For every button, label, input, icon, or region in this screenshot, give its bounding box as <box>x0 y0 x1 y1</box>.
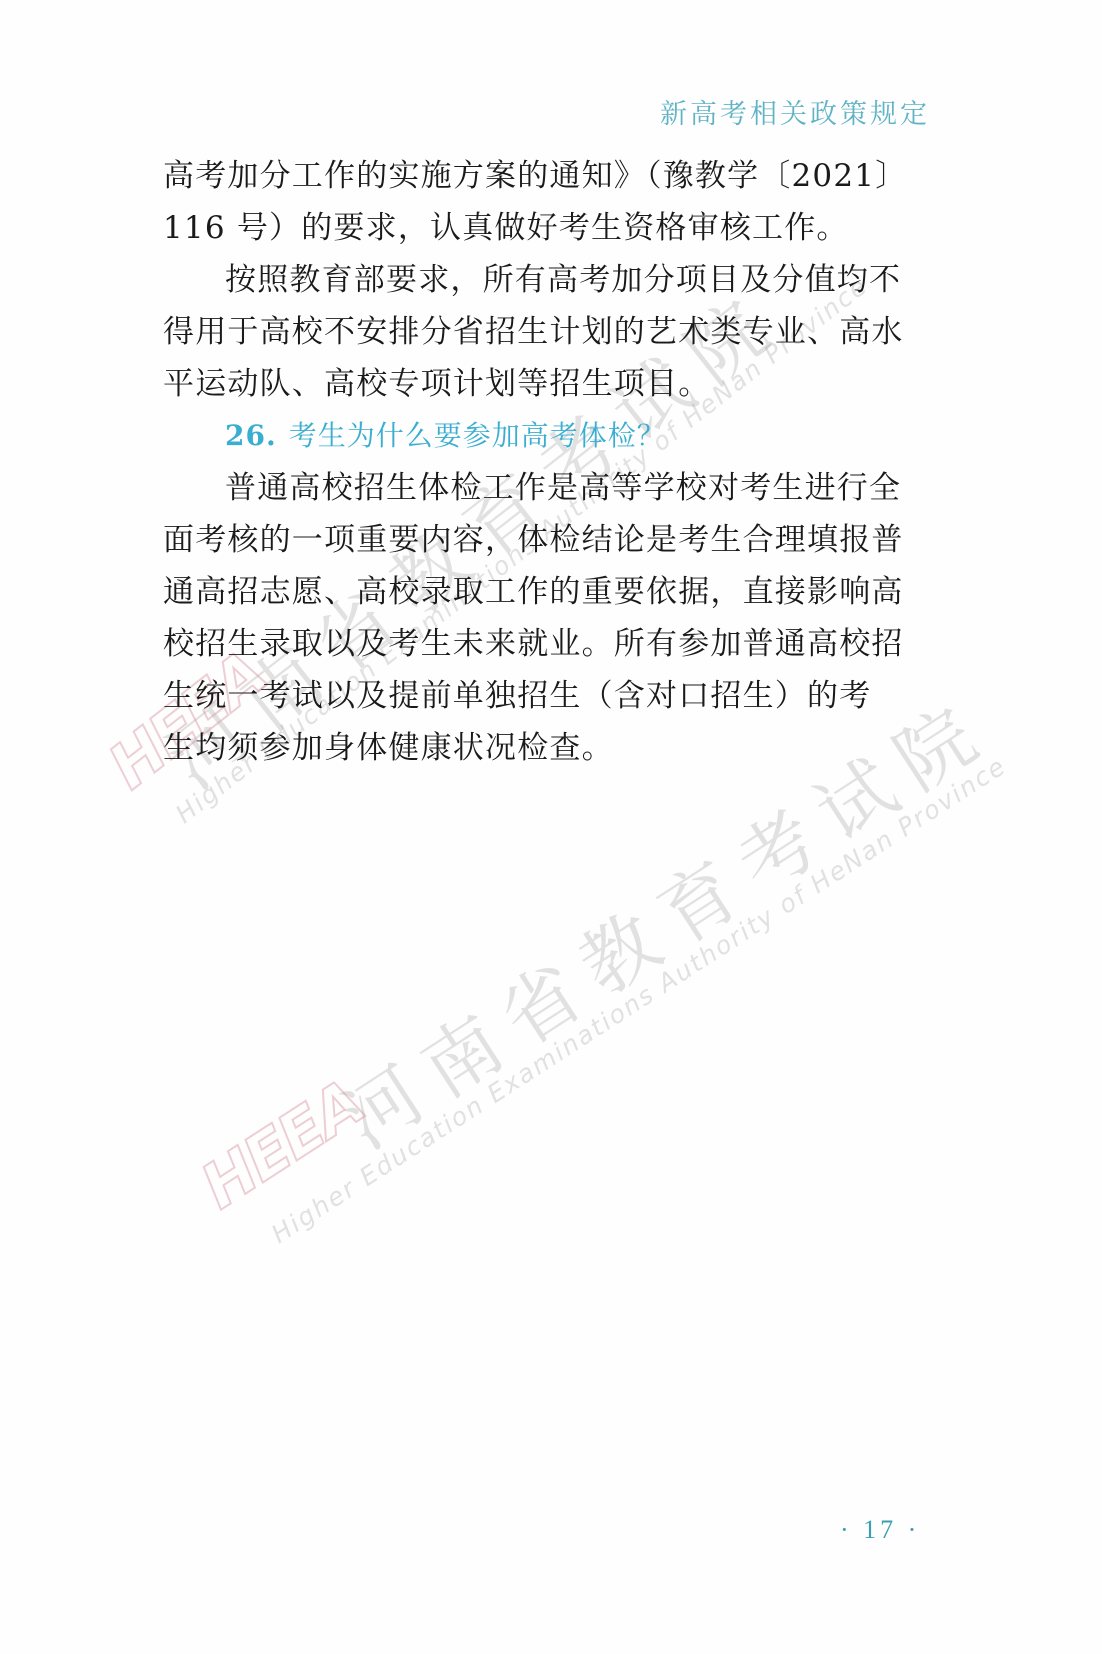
body-line: 得用于高校不安排分省招生计划的艺术类专业、高水 <box>163 306 935 358</box>
section-title: 考生为什么要参加高考体检？ <box>289 419 666 452</box>
body-line: 生均须参加身体健康状况检查。 <box>163 722 935 774</box>
body-line: 普通高校招生体检工作是高等学校对考生进行全 <box>163 462 935 514</box>
book-page: 河南省教育考试院 Higher Education Examinations A… <box>0 0 1102 1654</box>
body-line: 116 号）的要求，认真做好考生资格审核工作。 <box>163 202 935 254</box>
running-header: 新高考相关政策规定 <box>660 92 930 131</box>
section-heading: 26.考生为什么要参加高考体检？ <box>163 410 935 462</box>
body-line: 面考核的一项重要内容，体检结论是考生合理填报普 <box>163 514 935 566</box>
watermark-logo-lower: HEEA <box>188 1066 376 1223</box>
section-number: 26. <box>225 419 277 452</box>
watermark-en-lower: Higher Education Examinations Authority … <box>266 751 1011 1249</box>
body-line: 校招生录取以及考生未来就业。所有参加普通高校招 <box>163 618 935 670</box>
body-line: 按照教育部要求，所有高考加分项目及分值均不 <box>163 254 935 306</box>
body-line: 高考加分工作的实施方案的通知》（豫教学〔2021〕 <box>163 150 935 202</box>
page-number: · 17 · <box>840 1515 920 1545</box>
body-line: 通高招志愿、高校录取工作的重要依据，直接影响高 <box>163 566 935 618</box>
body-text: 高考加分工作的实施方案的通知》（豫教学〔2021〕 116 号）的要求，认真做好… <box>163 150 935 774</box>
body-line: 生统一考试以及提前单独招生（含对口招生）的考 <box>163 670 935 722</box>
body-line: 平运动队、高校专项计划等招生项目。 <box>163 358 935 410</box>
